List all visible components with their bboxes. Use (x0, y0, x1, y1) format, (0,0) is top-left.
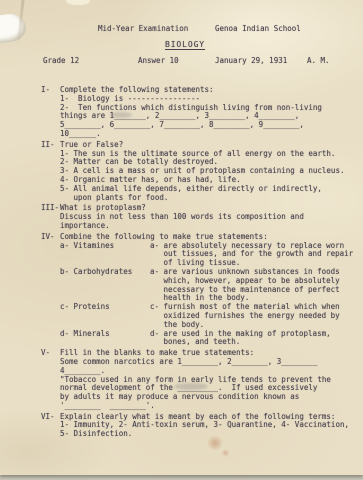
exam-date: January 29, 1931 (215, 57, 287, 66)
section-vi-explain-terms: VI- Explain clearly what is meant by eac… (41, 413, 357, 439)
pencil-smudge (110, 112, 132, 118)
section-vi-label: VI- (41, 413, 60, 439)
section-iii-protoplasm: III- What is protoplasm? Discuss in not … (41, 204, 357, 230)
section-iii-label: III- (41, 204, 60, 230)
match-description: c- furnish most of the material which wh… (150, 303, 357, 329)
grade-level: Grade 12 (43, 57, 79, 66)
section-i-complete-statements: I- Complete the following statements: 1-… (41, 86, 357, 139)
question-tobacco: "Tobacco used in any form in early life … (60, 376, 357, 411)
pencil-smudge (174, 383, 208, 390)
section-iv-label: IV- (41, 233, 60, 347)
exam-paper-scan: Mid-Year Examination Genoa Indian School… (0, 0, 363, 475)
match-description: a- are various unknown substances in foo… (150, 268, 357, 303)
match-row-carbohydrates: b- Carbohydrates a- are various unknown … (60, 268, 357, 303)
question-ten-functions: 2- Ten functions which distinguish livin… (60, 104, 357, 139)
section-iii-instruction: Discuss in not less than 100 words its c… (60, 213, 357, 231)
section-ii-true-false: II- True or False? 1- The sun is the ult… (41, 141, 357, 203)
section-v-fill-blanks: V- Fill in the blanks to make true state… (41, 349, 357, 411)
match-row-minerals: d- Minerals d- are used in the making of… (60, 330, 357, 348)
exam-session: A. M. (307, 57, 330, 66)
match-term: a- Vitamines (60, 242, 150, 268)
match-row-vitamines: a- Vitamines a- are absolutely necessary… (60, 242, 357, 268)
true-false-item-5: 5- All animal life depends, either direc… (60, 185, 357, 203)
match-row-proteins: c- Proteins c- furnish most of the mater… (60, 303, 357, 329)
school-name: Genoa Indian School (215, 25, 301, 34)
match-term: c- Proteins (60, 303, 150, 329)
match-term: b- Carbohydrates (60, 268, 150, 303)
paper-stain (206, 436, 224, 450)
section-iv-matching: IV- Combine the following to make true s… (41, 233, 357, 347)
section-v-label: V- (41, 349, 60, 411)
paper-edge-chip (66, 0, 90, 5)
match-description: a- are absolutely necessary to replace w… (150, 242, 357, 268)
terms-list: 1- Immunity, 2- Anti-toxin serum, 3- Qua… (60, 421, 357, 439)
section-ii-label: II- (41, 141, 60, 203)
section-i-label: I- (41, 86, 60, 139)
subject-title: BIOLOGY (165, 41, 205, 50)
question-narcotics: Some common narcotics are 1________, 2__… (60, 358, 357, 376)
paper-stain (221, 449, 230, 457)
torn-corner (0, 12, 28, 44)
match-description: d- are used in the making of protoplasm,… (150, 330, 357, 348)
exam-title: Mid-Year Examination (98, 25, 188, 34)
answer-instruction: Answer 10 (138, 57, 179, 66)
match-term: d- Minerals (60, 330, 150, 348)
